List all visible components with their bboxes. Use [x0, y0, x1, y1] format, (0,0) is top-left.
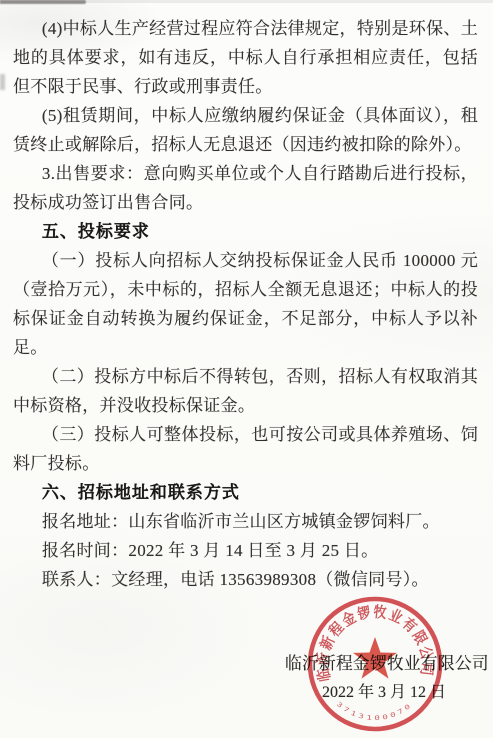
seal-serial-number: 3713100070: [335, 701, 414, 722]
paragraph: (5)租赁期间，中标人应缴纳履约保证金（具体面议），租赁终止或解除后，招标人无息…: [13, 101, 478, 159]
paragraph: 联系人：文经理，电话 13563989308（微信同号）。: [13, 565, 478, 594]
scan-artifact: [0, 74, 5, 90]
paragraph: 3.出售要求：意向购买单位或个人自行踏勘后进行投标，投标成功签订出售合同。: [13, 159, 478, 217]
paragraph: 报名地址：山东省临沂市兰山区方城镇金锣饲料厂。: [13, 507, 478, 536]
scan-artifact: [0, 0, 493, 3]
company-seal-icon: 临沂新程金锣牧业有限公司 3713100070: [306, 595, 444, 733]
document-body: (4)中标人生产经营过程应符合法律规定，特别是环保、土地的具体要求，如有违反，中…: [13, 14, 478, 594]
star-icon: [353, 637, 397, 679]
paragraph: 报名时间：2022 年 3 月 14 日至 3 月 25 日。: [13, 536, 478, 565]
paragraph: (4)中标人生产经营过程应符合法律规定，特别是环保、土地的具体要求，如有违反，中…: [13, 14, 478, 101]
section-heading: 六、招标地址和联系方式: [13, 478, 478, 507]
paragraph: （三）投标人可整体投标，也可按公司或具体养殖场、饲料厂投标。: [13, 420, 478, 478]
document-page: (4)中标人生产经营过程应符合法律规定，特别是环保、土地的具体要求，如有违反，中…: [0, 0, 493, 738]
section-heading: 五、投标要求: [13, 217, 478, 246]
scan-artifact: [0, 0, 86, 4]
paragraph: （二）投标方中标后不得转包，否则，招标人有权取消其中标资格，并没收投标保证金。: [13, 362, 478, 420]
paragraph: （一）投标人向招标人交纳投标保证金人民币 100000 元（壹拾万元），未中标的…: [13, 246, 478, 362]
